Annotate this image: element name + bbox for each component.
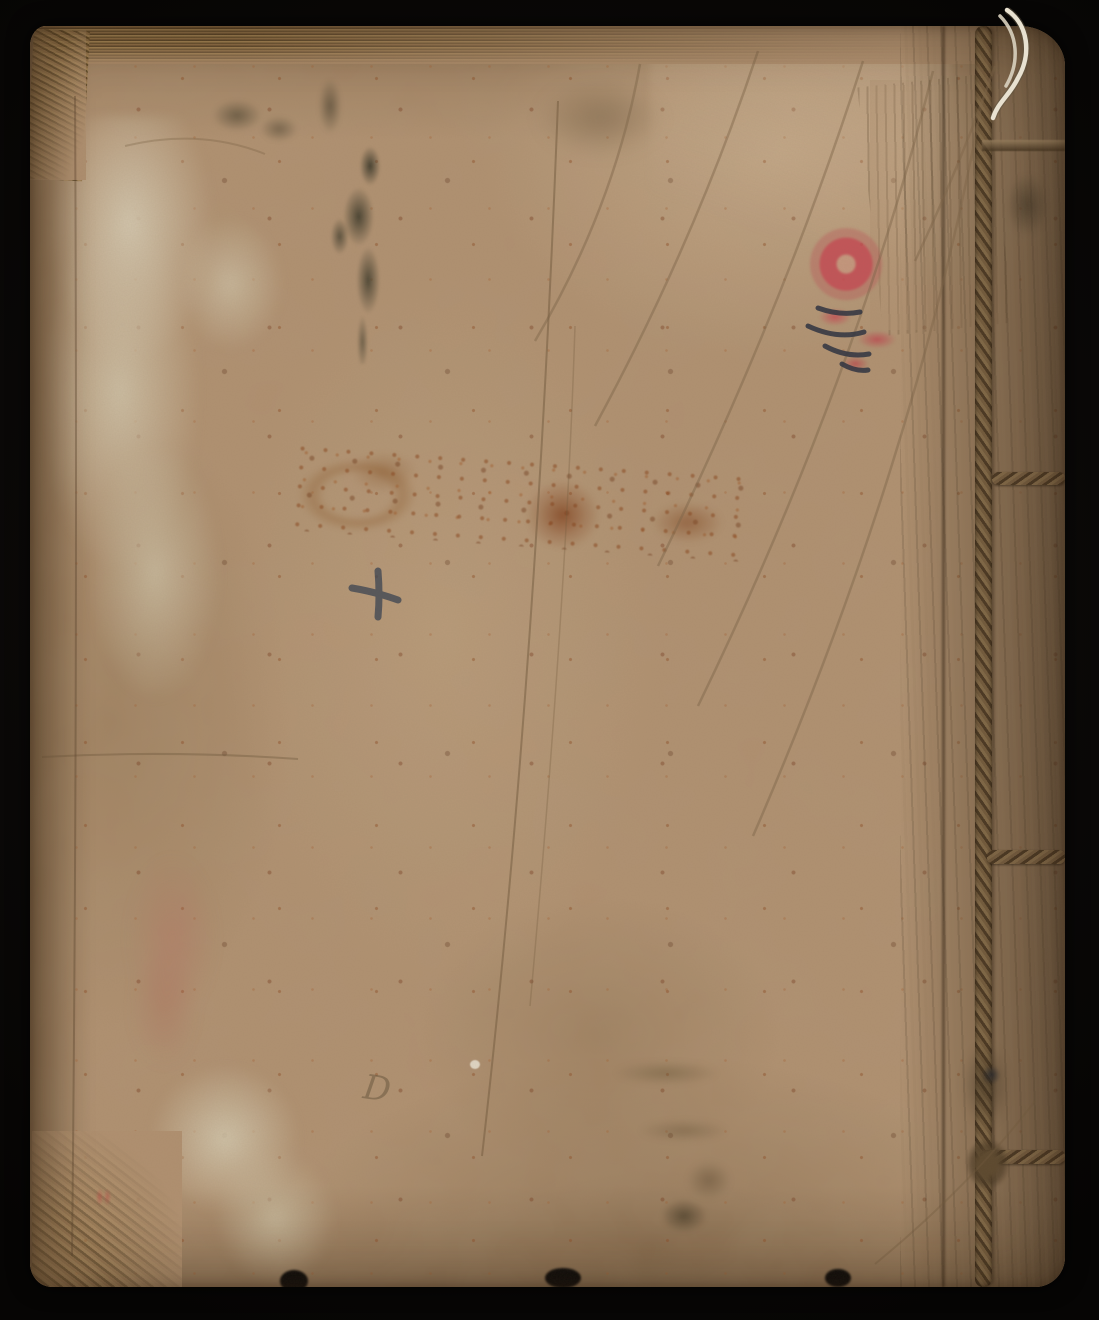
page-edges-fade — [34, 26, 990, 64]
white-stain-bottom-left — [120, 1030, 370, 1287]
white-stain-top-left — [40, 116, 290, 716]
spine-ink-spot — [978, 1062, 1004, 1088]
red-wax-drips — [805, 290, 925, 380]
wax-ink-scribble — [808, 308, 869, 370]
spine-band-ridge — [982, 140, 1065, 151]
crease-fan — [535, 51, 995, 836]
spine-groove — [942, 26, 945, 1287]
soft-shadow-smudge-top — [518, 68, 683, 168]
binding-cord-band-1 — [992, 472, 1065, 485]
corner-wear-top-left-fade — [30, 30, 86, 180]
central-crease — [482, 101, 558, 1156]
photo-background: D — [0, 0, 1099, 1320]
crease-overlay: D — [30, 26, 1065, 1287]
binding-cord-band-3 — [980, 1150, 1065, 1164]
book-cover: D — [30, 26, 1065, 1287]
binding-cord-band-2 — [987, 850, 1065, 864]
bottom-right-crease — [875, 1101, 1035, 1264]
coarse-grain-overlay — [30, 26, 1065, 1287]
ink-cross-mark — [352, 571, 398, 617]
spine-dark-blotch-bottom — [955, 1030, 1017, 1140]
small-red-mark — [92, 1184, 114, 1210]
dark-smudge-top-b — [300, 62, 360, 172]
spine-streaks — [900, 26, 1065, 1287]
secondary-crease — [530, 326, 575, 1006]
folded-flap-highlight — [650, 40, 950, 306]
binding-cord-vertical — [975, 26, 992, 1287]
corner-wear-bottom-left — [32, 1131, 182, 1287]
fold-crease-fade — [870, 80, 1000, 330]
ring-stain — [285, 440, 430, 540]
ink-blot-top-left — [315, 144, 410, 364]
edge-vignette — [30, 26, 1065, 1287]
pink-smudge-left — [102, 832, 237, 1067]
fold-crease-lines — [857, 74, 1012, 336]
binding-cord-knot — [965, 1138, 1010, 1190]
red-wax-seal — [800, 218, 896, 314]
top-left-crease — [125, 139, 265, 154]
left-edge-shading — [30, 26, 78, 1287]
dark-smudge-top-a — [195, 75, 315, 165]
bottom-edge-notch — [280, 1270, 308, 1287]
olive-streaks-bottom-center — [590, 1040, 760, 1205]
dark-stain-bottom — [655, 1195, 713, 1237]
rust-blotch — [525, 480, 600, 550]
spine-dark-blotch-top — [1000, 165, 1055, 245]
bottom-edge-notch — [825, 1269, 851, 1287]
left-horizontal-crease — [42, 754, 298, 759]
corner-wear-top-left — [30, 29, 90, 182]
rust-stain-band — [285, 438, 745, 562]
left-fold-line — [72, 96, 76, 1256]
corner-wear-bottom-left-fade — [32, 1131, 182, 1287]
faint-letter-d: D — [360, 1067, 394, 1111]
spine — [900, 26, 1065, 1287]
cover-mottle-texture — [30, 26, 1065, 1287]
white-fleck — [470, 1060, 480, 1069]
foxing-speckles — [30, 26, 1065, 1287]
bottom-edge-notch — [545, 1268, 581, 1287]
rust-blotch-right — [640, 495, 735, 550]
fine-grain-overlay — [30, 26, 1065, 1287]
page-edges-top — [34, 26, 990, 64]
